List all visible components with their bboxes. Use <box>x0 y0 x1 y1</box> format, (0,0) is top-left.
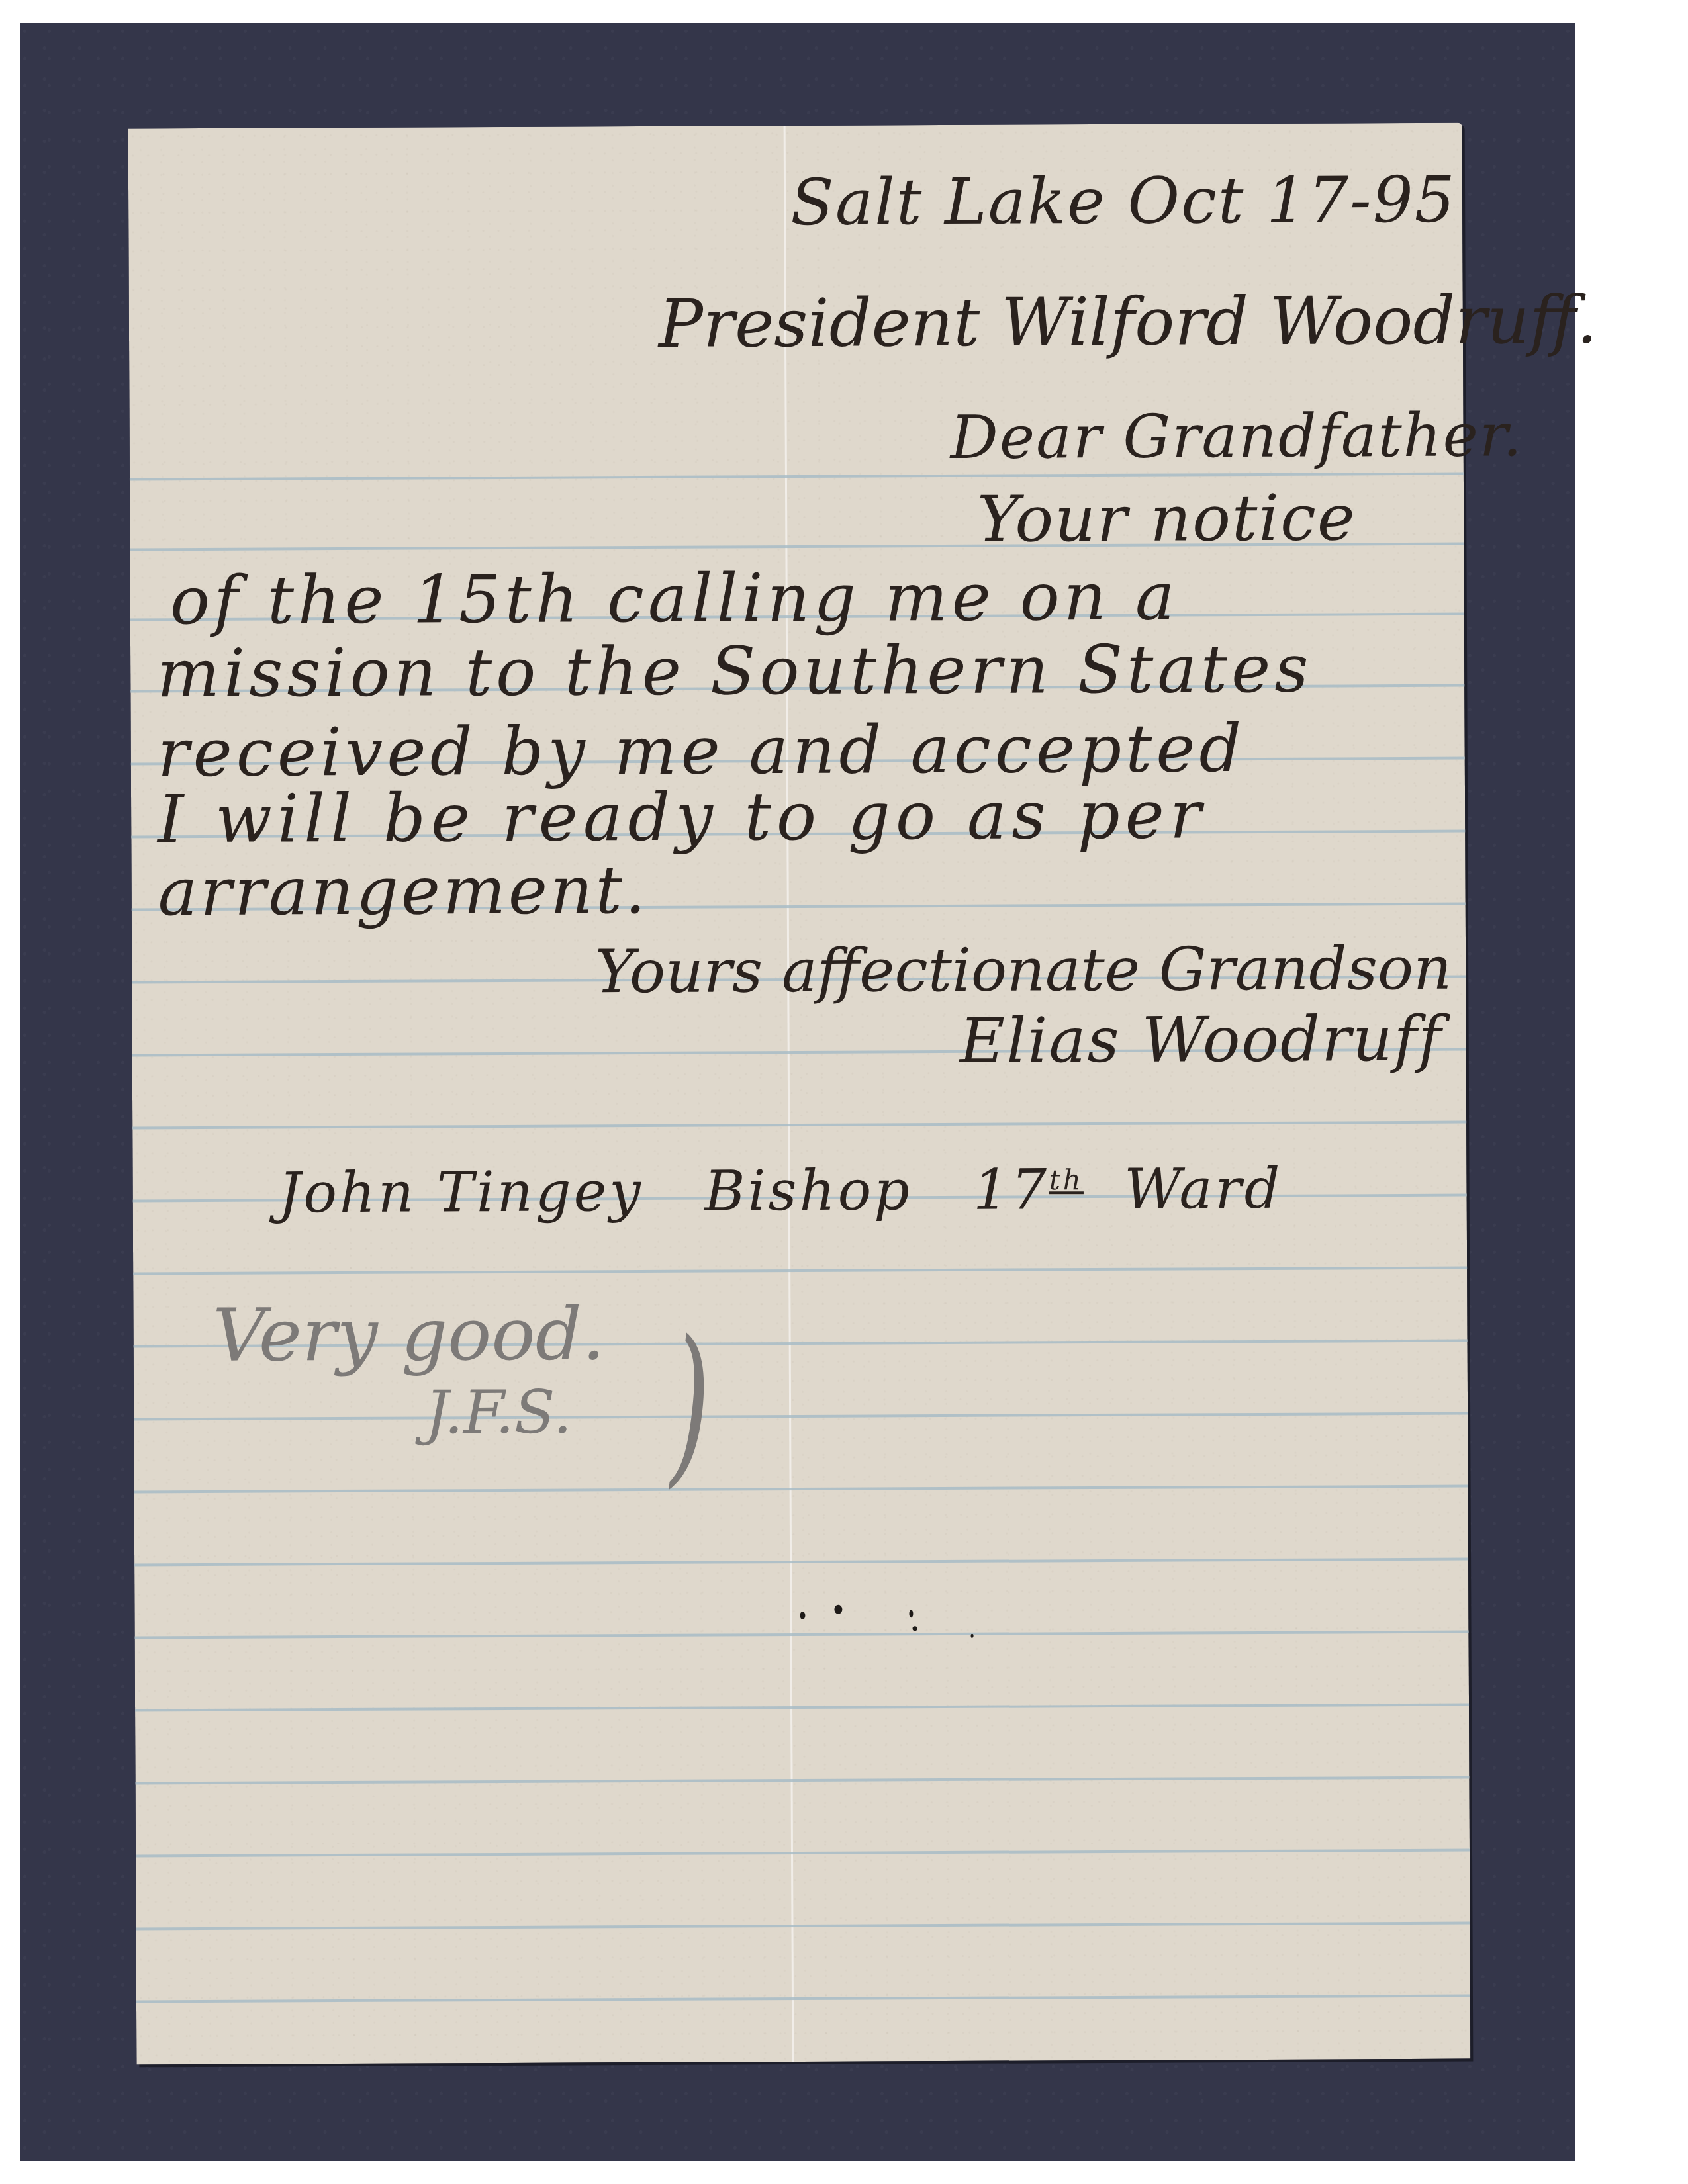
body-line-2: of the 15th calling me on a <box>169 557 1178 639</box>
body-line-6: arrangement. <box>158 851 648 931</box>
paper-fold-line <box>784 126 794 2062</box>
ruled-line <box>136 1922 1470 1931</box>
ruled-line <box>136 1776 1470 1785</box>
pencil-note-initials: J.F.S. <box>425 1378 572 1448</box>
ruled-line <box>130 473 1464 481</box>
ruled-line <box>134 1485 1468 1494</box>
body-line-1: Your notice <box>977 480 1356 556</box>
ward-suffix: th <box>1049 1163 1084 1196</box>
ruled-line <box>136 1995 1470 2003</box>
ink-speck <box>909 1610 913 1617</box>
place-date-line: Salt Lake Oct 17-95 <box>790 163 1456 240</box>
ruled-line <box>134 1412 1468 1421</box>
ruled-line <box>135 1631 1469 1639</box>
ruled-line <box>134 1558 1468 1567</box>
signature: Elias Woodruff <box>959 1003 1442 1077</box>
body-line-5: I will be ready to go as per <box>158 776 1207 858</box>
pencil-note-text: Very good. <box>212 1291 605 1378</box>
letter-paper: Salt Lake Oct 17-95 President Wilford Wo… <box>128 123 1471 2065</box>
ward-number: 17 <box>973 1157 1049 1222</box>
ink-speck <box>800 1612 805 1619</box>
ruled-line <box>135 1704 1469 1712</box>
ward-label: Ward <box>1124 1156 1282 1222</box>
body-line-3: mission to the Southern States <box>157 630 1313 713</box>
ruled-line <box>133 1267 1467 1275</box>
pencil-note-bracket: ) <box>670 1304 711 1504</box>
ink-speck <box>913 1626 917 1631</box>
ink-speck <box>834 1605 842 1614</box>
ruled-line <box>132 1121 1466 1130</box>
endorsement-line: John Tingey Bishop 17th Ward <box>278 1156 1282 1226</box>
closing-line: Yours affectionate Grandson <box>595 934 1452 1007</box>
salutation-line: Dear Grandfather. <box>950 400 1523 473</box>
ruled-line <box>136 1849 1470 1858</box>
addressee-line: President Wilford Woodruff. <box>659 281 1598 363</box>
endorsement-name: John Tingey <box>278 1159 643 1225</box>
endorsement-title: Bishop <box>704 1158 913 1223</box>
ink-speck <box>971 1634 974 1638</box>
